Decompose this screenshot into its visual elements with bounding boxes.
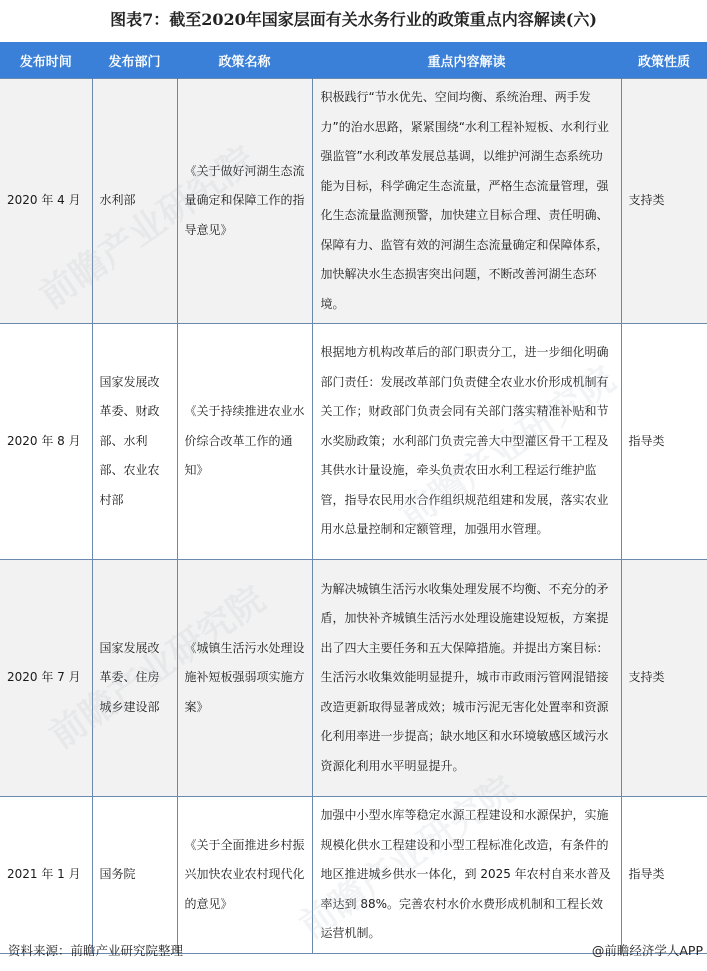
cell-date: 2021 年 1 月	[0, 797, 92, 954]
table-row: 2020 年 4 月 水利部 《关于做好河湖生态流量确定和保障工作的指导意见》 …	[0, 79, 707, 324]
cell-content: 积极践行“节水优先、空间均衡、系统治理、两手发力”的治水思路，紧紧围绕“水利工程…	[312, 79, 621, 324]
cell-nature: 支持类	[621, 79, 707, 324]
header-policy-name: 政策名称	[177, 42, 312, 79]
header-content: 重点内容解读	[312, 42, 621, 79]
cell-date: 2020 年 8 月	[0, 324, 92, 560]
cell-policy-name: 《城镇生活污水处理设施补短板强弱项实施方案》	[177, 560, 312, 797]
cell-policy-name: 《关于全面推进乡村振兴加快农业农村现代化的意见》	[177, 797, 312, 954]
brand-credit: @前瞻经济学人APP	[592, 941, 703, 959]
table-row: 2021 年 1 月 国务院 《关于全面推进乡村振兴加快农业农村现代化的意见》 …	[0, 797, 707, 954]
header-department: 发布部门	[92, 42, 177, 79]
header-date: 发布时间	[0, 42, 92, 79]
cell-content: 加强中小型水库等稳定水源工程建设和水源保护，实施规模化供水工程建设和小型工程标准…	[312, 797, 621, 954]
table-row: 2020 年 8 月 国家发展改革委、财政部、水利部、农业农村部 《关于持续推进…	[0, 324, 707, 560]
cell-department: 国家发展改革委、住房城乡建设部	[92, 560, 177, 797]
table-row: 2020 年 7 月 国家发展改革委、住房城乡建设部 《城镇生活污水处理设施补短…	[0, 560, 707, 797]
cell-nature: 支持类	[621, 560, 707, 797]
figure-title: 图表7：截至2020年国家层面有关水务行业的政策重点内容解读(六)	[0, 8, 707, 32]
cell-policy-name: 《关于持续推进农业水价综合改革工作的通知》	[177, 324, 312, 560]
cell-nature: 指导类	[621, 797, 707, 954]
source-note: 资料来源：前瞻产业研究院整理	[8, 941, 183, 959]
cell-content: 根据地方机构改革后的部门职责分工，进一步细化明确部门责任：发展改革部门负责健全农…	[312, 324, 621, 560]
cell-department: 国务院	[92, 797, 177, 954]
cell-date: 2020 年 4 月	[0, 79, 92, 324]
cell-policy-name: 《关于做好河湖生态流量确定和保障工作的指导意见》	[177, 79, 312, 324]
table-header-row: 发布时间 发布部门 政策名称 重点内容解读 政策性质	[0, 42, 707, 79]
cell-department: 国家发展改革委、财政部、水利部、农业农村部	[92, 324, 177, 560]
header-nature: 政策性质	[621, 42, 707, 79]
policy-table: 发布时间 发布部门 政策名称 重点内容解读 政策性质 2020 年 4 月 水利…	[0, 42, 707, 954]
cell-content: 为解决城镇生活污水收集处理发展不均衡、不充分的矛盾，加快补齐城镇生活污水处理设施…	[312, 560, 621, 797]
cell-nature: 指导类	[621, 324, 707, 560]
cell-department: 水利部	[92, 79, 177, 324]
cell-date: 2020 年 7 月	[0, 560, 92, 797]
